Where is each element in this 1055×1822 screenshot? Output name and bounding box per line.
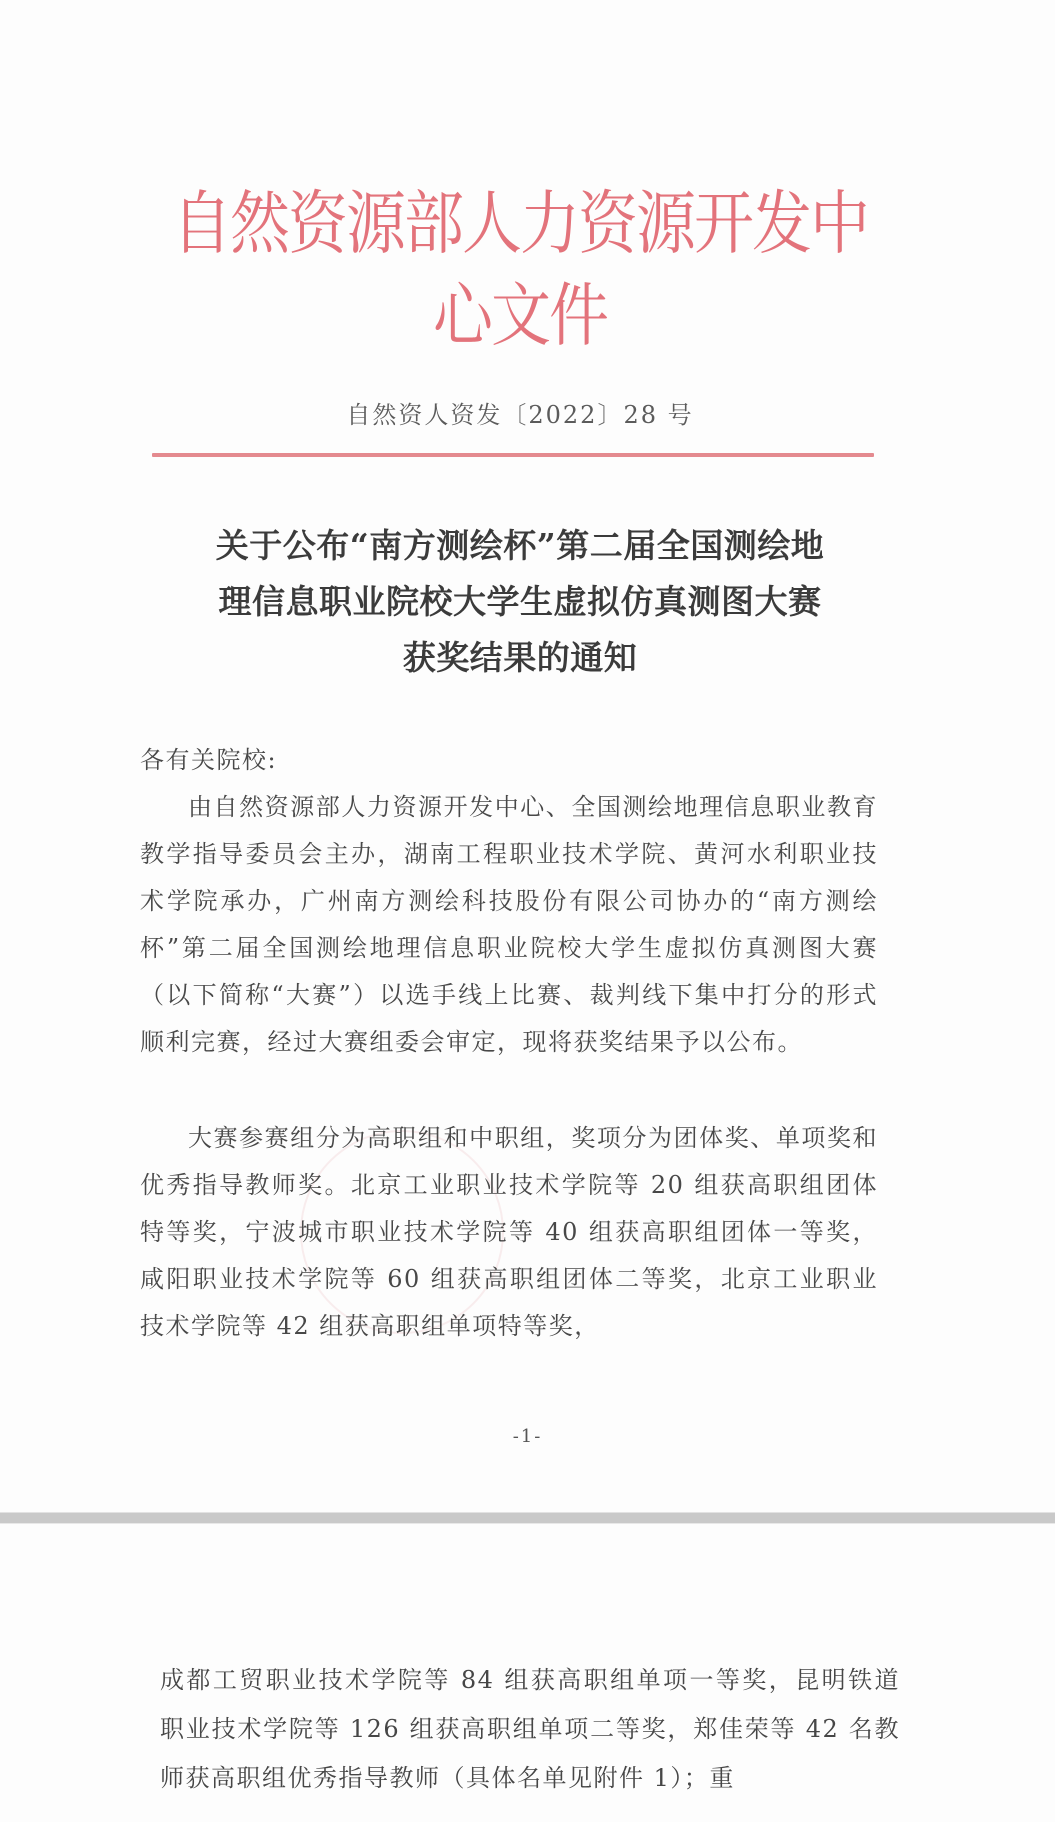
red-divider-line: [152, 453, 874, 457]
document-page-1: 自然资源部人力资源开发中心文件 自然资人资发〔2022〕28 号 关于公布“南方…: [0, 0, 1055, 1516]
salutation: 各有关院校:: [140, 737, 878, 784]
document-header-title: 自然资源部人力资源开发中心文件: [150, 178, 890, 362]
body-paragraph-2: 大赛参赛组分为高职组和中职组，奖项分为团体奖、单项奖和优秀指导教师奖。北京工业职…: [140, 1115, 878, 1350]
notice-title-line-2: 理信息职业院校大学生虚拟仿真测图大赛: [140, 574, 900, 630]
notice-title: 关于公布“南方测绘杯”第二届全国测绘地 理信息职业院校大学生虚拟仿真测图大赛 获…: [140, 518, 900, 686]
notice-title-line-1: 关于公布“南方测绘杯”第二届全国测绘地: [140, 518, 900, 574]
body-paragraph-1: 由自然资源部人力资源开发中心、全国测绘地理信息职业教育教学指导委员会主办，湖南工…: [140, 784, 878, 1066]
page-number: -1-: [0, 1426, 1055, 1447]
page2-paragraph: 成都工贸职业技术学院等 84 组获高职组单项一等奖，昆明铁道职业技术学院等 12…: [160, 1656, 900, 1803]
document-number: 自然资人资发〔2022〕28 号: [300, 395, 740, 430]
page-separator: [0, 1512, 1055, 1524]
notice-title-line-3: 获奖结果的通知: [140, 630, 900, 686]
